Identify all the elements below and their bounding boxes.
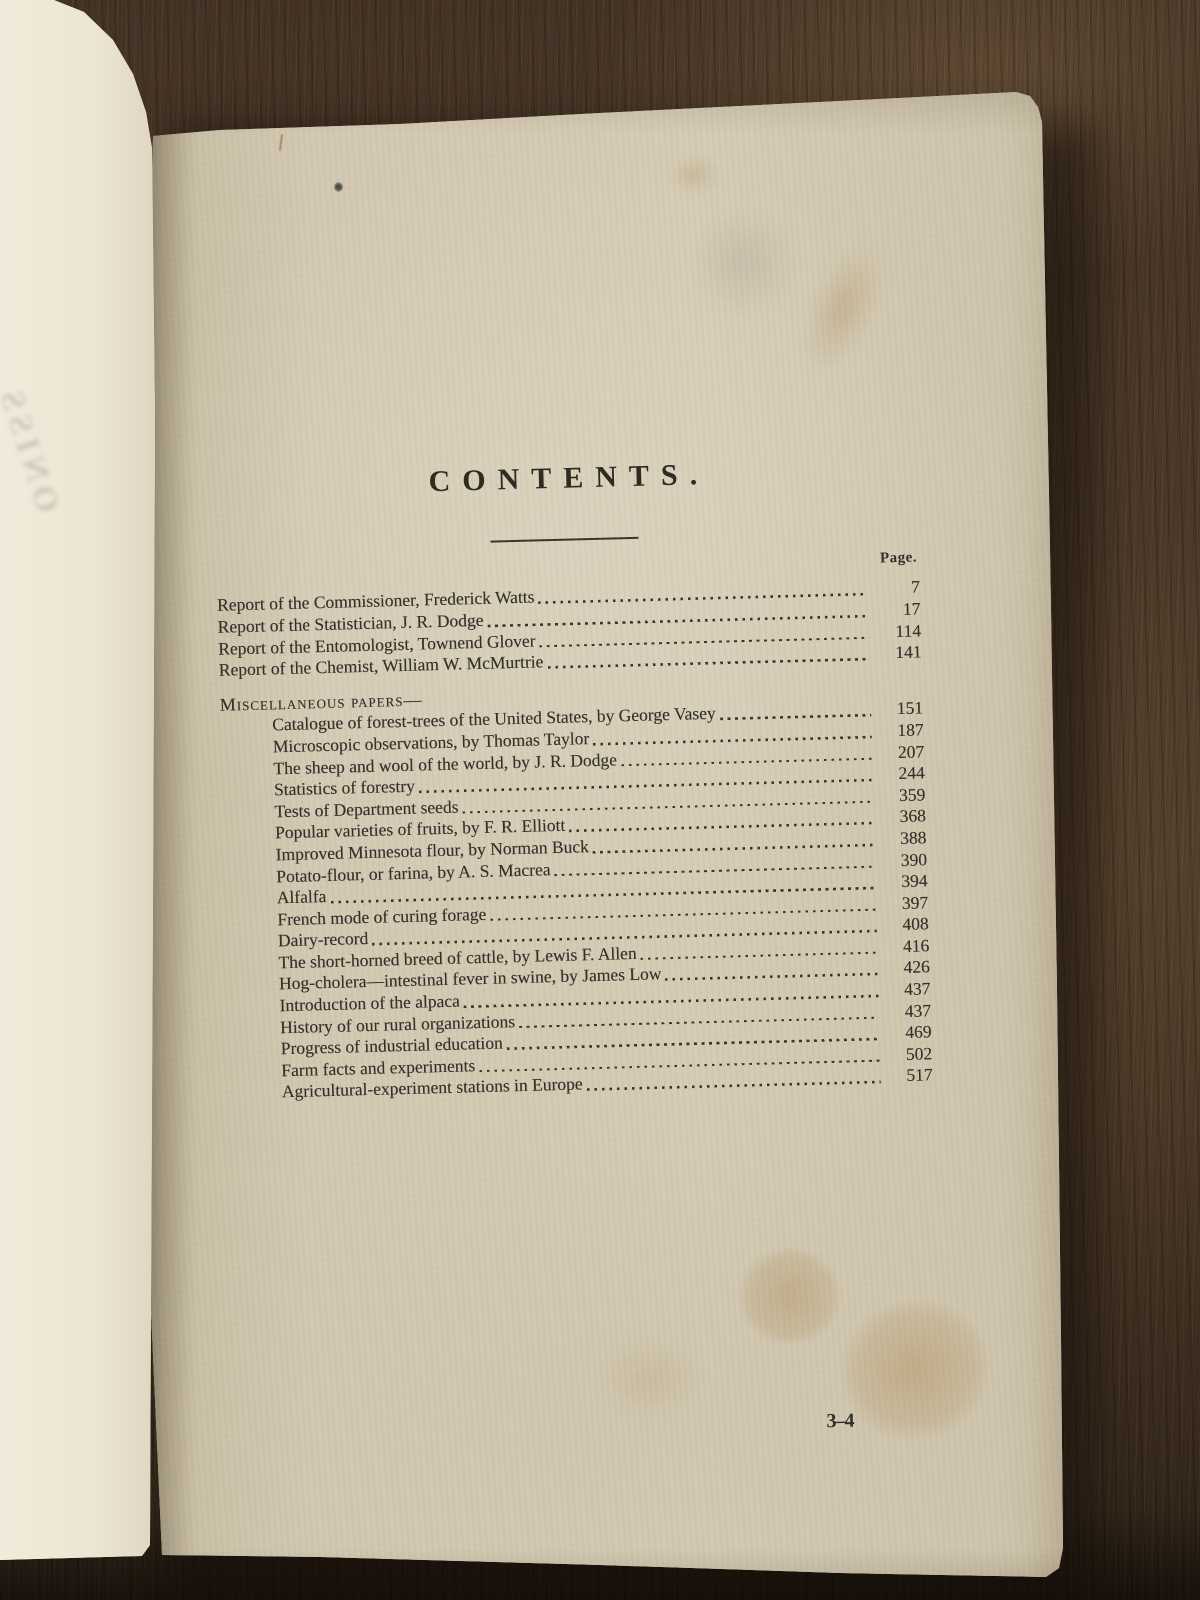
- show-through-ghost-text: ONISS: [0, 380, 67, 517]
- paper-stain: [740, 1248, 840, 1344]
- toc-entry-page-number: 359: [879, 784, 926, 807]
- toc-entry-page-number: 17: [874, 598, 921, 621]
- toc-leader-dots: [547, 658, 869, 669]
- title-divider-rule: [490, 537, 638, 543]
- ink-spot: [334, 182, 343, 192]
- toc-entry-page-number: 114: [875, 620, 922, 643]
- toc-entry-page-number: 394: [881, 870, 928, 893]
- toc-entry-page-number: 397: [882, 892, 929, 915]
- toc-entry-page-number: 151: [877, 698, 924, 721]
- contents-page: CONTENTS. Page. Report of the Commission…: [140, 88, 1075, 1588]
- toc-entry-page-number: 437: [885, 1000, 932, 1023]
- toc-entry-page-number: 7: [874, 577, 921, 600]
- toc-entry-page-number: 437: [884, 978, 931, 1001]
- table-of-contents: CONTENTS. Page. Report of the Commission…: [208, 431, 933, 1104]
- paper-stain: [668, 154, 720, 196]
- toc-entry-page-number: 388: [880, 827, 927, 850]
- toc-leader-dots: [720, 714, 871, 721]
- toc-entry-page-number: 368: [880, 806, 927, 829]
- book-left-page-edges: ONISS: [0, 0, 175, 1600]
- toc-entry-label: Alfalfa: [276, 886, 326, 909]
- book-photo-scene: CONTENTS. Page. Report of the Commission…: [0, 0, 1200, 1600]
- toc-entry-page-number: 244: [878, 762, 925, 785]
- toc-entry-page-number: 426: [884, 957, 931, 980]
- toc-entry-label: Dairy-record: [278, 928, 369, 952]
- toc-entry-page-number: 469: [885, 1022, 932, 1045]
- toc-entry-page-number: [877, 692, 923, 693]
- signature-mark: 3–4: [800, 1409, 880, 1433]
- toc-entry-page-number: 207: [878, 741, 925, 764]
- toc-entry-page-number: 502: [886, 1043, 933, 1066]
- page-title: CONTENTS.: [209, 452, 918, 505]
- paper-stain: [595, 1338, 705, 1418]
- paper-smudge: [688, 208, 798, 318]
- toc-list: Report of the Commissioner, Frederick Wa…: [212, 577, 933, 1105]
- toc-entry-page-number: 408: [882, 914, 929, 937]
- toc-entry-page-number: 517: [886, 1065, 933, 1088]
- toc-entry-page-number: 416: [883, 935, 930, 958]
- toc-entry-page-number: 390: [881, 849, 928, 872]
- toc-entry-page-number: 187: [877, 719, 924, 742]
- toc-entry-page-number: 141: [875, 642, 922, 665]
